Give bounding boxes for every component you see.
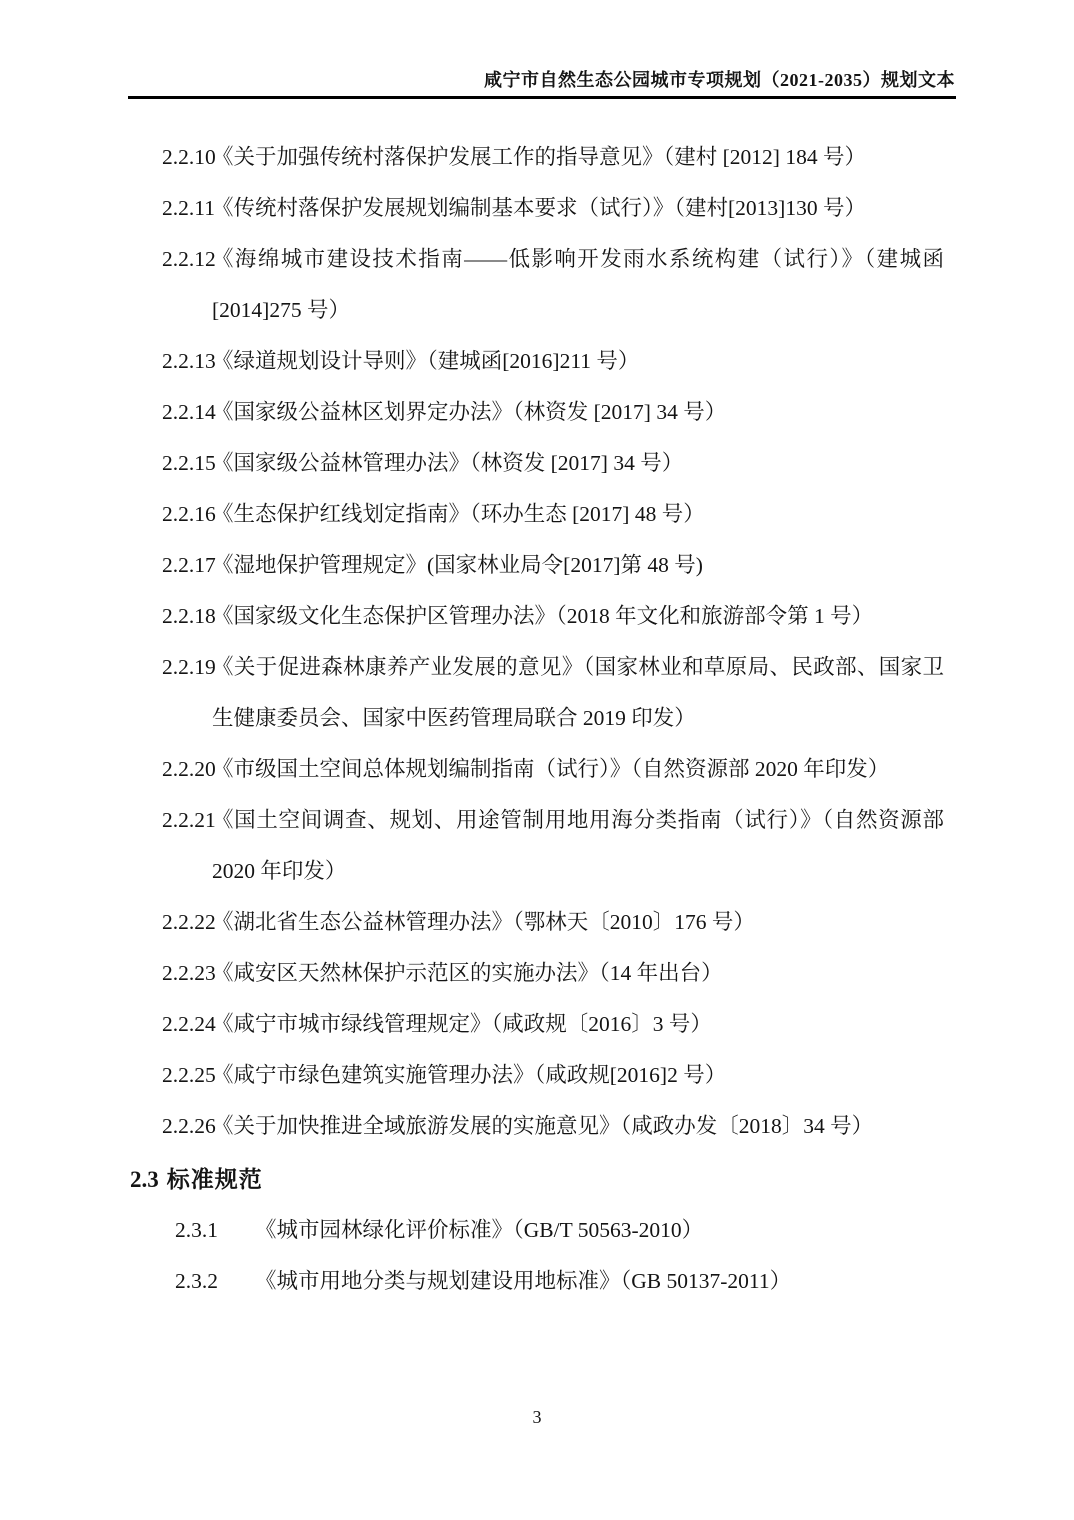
item-text: 《生态保护红线划定指南》（环办生态 [2017] 48 号）: [212, 502, 705, 526]
item-number: 2.2.16: [162, 489, 216, 540]
item-number: 2.2.20: [162, 744, 216, 795]
list-item: 2.2.18《国家级文化生态保护区管理办法》（2018 年文化和旅游部令第 1 …: [162, 591, 944, 642]
item-number: 2.2.13: [162, 336, 216, 387]
item-number: 2.2.18: [162, 591, 216, 642]
item-text: 《咸宁市绿色建筑实施管理办法》（咸政规[2016]2 号）: [212, 1063, 726, 1087]
reference-list-2-2: 2.2.10《关于加强传统村落保护发展工作的指导意见》（建村 [2012] 18…: [162, 132, 944, 1152]
item-number: 2.2.12: [162, 234, 216, 285]
item-text: 《关于加快推进全域旅游发展的实施意见》（咸政办发〔2018〕34 号）: [212, 1114, 873, 1138]
section-heading-2-3: 2.3标准规范: [130, 1154, 1074, 1205]
list-item: 2.2.16《生态保护红线划定指南》（环办生态 [2017] 48 号）: [162, 489, 944, 540]
item-number: 2.2.25: [162, 1050, 216, 1101]
document-body: 2.2.10《关于加强传统村落保护发展工作的指导意见》（建村 [2012] 18…: [0, 132, 1074, 1307]
item-text: 《市级国土空间总体规划编制指南（试行）》（自然资源部 2020 年印发）: [212, 757, 889, 781]
item-text: 《咸宁市城市绿线管理规定》（咸政规〔2016〕3 号）: [212, 1012, 712, 1036]
item-number: 2.2.11: [162, 183, 215, 234]
item-text: 《城市用地分类与规划建设用地标准》（GB 50137-2011）: [255, 1269, 791, 1293]
item-number: 2.2.10: [162, 132, 216, 183]
list-item: 2.2.21《国土空间调查、规划、用途管制用地用海分类指南（试行）》（自然资源部…: [162, 795, 944, 897]
page-header-title: 咸宁市自然生态公园城市专项规划（2021-2035）规划文本: [484, 68, 955, 92]
list-item: 2.2.17《湿地保护管理规定》(国家林业局令[2017]第 48 号): [162, 540, 944, 591]
item-number: 2.2.19: [162, 642, 216, 693]
item-number: 2.2.23: [162, 948, 216, 999]
item-text: 《关于加强传统村落保护发展工作的指导意见》（建村 [2012] 184 号）: [212, 145, 866, 169]
item-text: 《湖北省生态公益林管理办法》（鄂林天〔2010〕176 号）: [212, 910, 755, 934]
header-rule: [128, 96, 956, 99]
list-item: 2.3.1《城市园林绿化评价标准》（GB/T 50563-2010）: [175, 1205, 945, 1256]
list-item: 2.3.2《城市用地分类与规划建设用地标准》（GB 50137-2011）: [175, 1256, 945, 1307]
list-item: 2.2.19《关于促进森林康养产业发展的意见》（国家林业和草原局、民政部、国家卫…: [162, 642, 944, 744]
document-page: 咸宁市自然生态公园城市专项规划（2021-2035）规划文本 2.2.10《关于…: [0, 0, 1074, 1520]
list-item: 2.2.20《市级国土空间总体规划编制指南（试行）》（自然资源部 2020 年印…: [162, 744, 944, 795]
list-item: 2.2.26《关于加快推进全域旅游发展的实施意见》（咸政办发〔2018〕34 号…: [162, 1101, 944, 1152]
item-text: 《国家级公益林管理办法》（林资发 [2017] 34 号）: [212, 451, 683, 475]
item-text: 《海绵城市建设技术指南——低影响开发雨水系统构建（试行）》（建城函[2014]2…: [212, 247, 944, 322]
page-number: 3: [0, 1404, 1074, 1430]
item-text: 《湿地保护管理规定》(国家林业局令[2017]第 48 号): [212, 553, 703, 577]
list-item: 2.2.24《咸宁市城市绿线管理规定》（咸政规〔2016〕3 号）: [162, 999, 944, 1050]
list-item: 2.2.23《咸安区天然林保护示范区的实施办法》（14 年出台）: [162, 948, 944, 999]
list-item: 2.2.13《绿道规划设计导则》（建城函[2016]211 号）: [162, 336, 944, 387]
list-item: 2.2.25《咸宁市绿色建筑实施管理办法》（咸政规[2016]2 号）: [162, 1050, 944, 1101]
item-text: 《绿道规划设计导则》（建城函[2016]211 号）: [212, 349, 639, 373]
list-item: 2.2.22《湖北省生态公益林管理办法》（鄂林天〔2010〕176 号）: [162, 897, 944, 948]
item-text: 《关于促进森林康养产业发展的意见》（国家林业和草原局、民政部、国家卫生健康委员会…: [212, 655, 944, 730]
list-item: 2.2.15《国家级公益林管理办法》（林资发 [2017] 34 号）: [162, 438, 944, 489]
item-text: 《国家级文化生态保护区管理办法》（2018 年文化和旅游部令第 1 号）: [212, 604, 873, 628]
item-text: 《传统村落保护发展规划编制基本要求（试行）》（建村[2013]130 号）: [212, 196, 866, 220]
list-item: 2.2.14《国家级公益林区划界定办法》（林资发 [2017] 34 号）: [162, 387, 944, 438]
section-heading-label: 标准规范: [167, 1167, 263, 1192]
item-text: 《城市园林绿化评价标准》（GB/T 50563-2010）: [255, 1218, 703, 1242]
item-number: 2.2.15: [162, 438, 216, 489]
item-number: 2.3.1: [175, 1205, 218, 1256]
item-text: 《咸安区天然林保护示范区的实施办法》（14 年出台）: [212, 961, 723, 985]
item-text: 《国家级公益林区划界定办法》（林资发 [2017] 34 号）: [212, 400, 726, 424]
list-item: 2.2.10《关于加强传统村落保护发展工作的指导意见》（建村 [2012] 18…: [162, 132, 944, 183]
section-heading-number: 2.3: [130, 1167, 159, 1192]
reference-list-2-3: 2.3.1《城市园林绿化评价标准》（GB/T 50563-2010）2.3.2《…: [175, 1205, 945, 1307]
list-item: 2.2.12《海绵城市建设技术指南——低影响开发雨水系统构建（试行）》（建城函[…: [162, 234, 944, 336]
item-number: 2.2.26: [162, 1101, 216, 1152]
list-item: 2.2.11《传统村落保护发展规划编制基本要求（试行）》（建村[2013]130…: [162, 183, 944, 234]
item-number: 2.2.24: [162, 999, 216, 1050]
item-number: 2.2.21: [162, 795, 216, 846]
item-number: 2.2.14: [162, 387, 216, 438]
item-number: 2.2.22: [162, 897, 216, 948]
item-number: 2.3.2: [175, 1256, 218, 1307]
item-text: 《国土空间调查、规划、用途管制用地用海分类指南（试行）》（自然资源部 2020 …: [212, 808, 944, 883]
item-number: 2.2.17: [162, 540, 216, 591]
